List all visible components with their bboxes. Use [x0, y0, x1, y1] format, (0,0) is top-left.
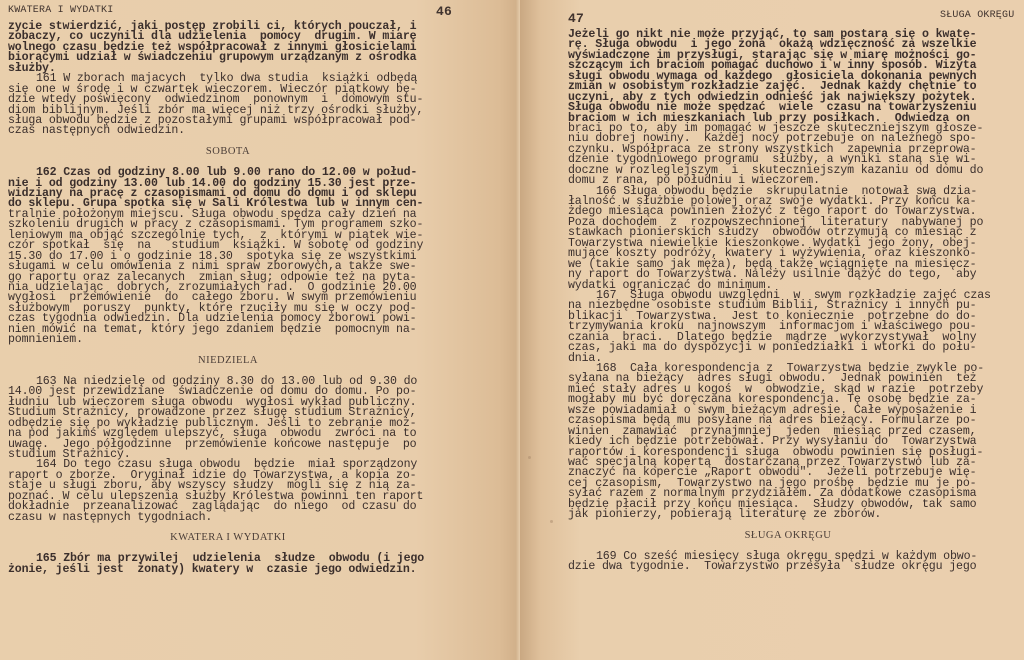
text-line: czas, jaki ma do dyspozycji w poniedział… — [568, 343, 1008, 353]
page-body: Jeżeli go nikt nie może przyjąć, to sam … — [568, 30, 1008, 573]
text-line: czas następnych odwiedzin. — [8, 126, 448, 136]
section-heading: KWATERA I WYDATKI — [8, 533, 448, 543]
text-line: pomnieniem. — [8, 335, 448, 345]
page-body: zycie stwierdzić, jaki postęp zrobili ci… — [8, 22, 448, 575]
running-title: SŁUGA OKRĘGU — [940, 10, 1014, 21]
page-number: 47 — [568, 11, 584, 26]
text-line: jak pionierzy, pobierają literaturę ze z… — [568, 510, 1008, 520]
section-heading: NIEDZIELA — [8, 356, 448, 366]
text-line: dzie dwa tygodnie. Towarzystwo przesyła … — [568, 562, 1008, 572]
paper-blemish — [550, 520, 553, 523]
running-title: KWATERA I WYDATKI — [8, 5, 113, 16]
left-page: KWATERA I WYDATKI 46 zycie stwierdzić, j… — [0, 0, 520, 660]
text-line: czasu w następnych tygodniach. — [8, 513, 448, 523]
text-line: żonie, jeśli jest żonaty) kwatery w czas… — [8, 565, 448, 575]
paper-blemish — [528, 456, 531, 459]
book-spread: KWATERA I WYDATKI 46 zycie stwierdzić, j… — [0, 0, 1024, 660]
text-line: biorącymi udział w świadczeniu grupowym … — [8, 53, 448, 63]
right-page: 47 SŁUGA OKRĘGU Jeżeli go nikt nie może … — [520, 0, 1024, 660]
section-heading: SOBOTA — [8, 147, 448, 157]
page-number: 46 — [436, 4, 452, 19]
section-heading: SŁUGA OKRĘGU — [568, 531, 1008, 541]
